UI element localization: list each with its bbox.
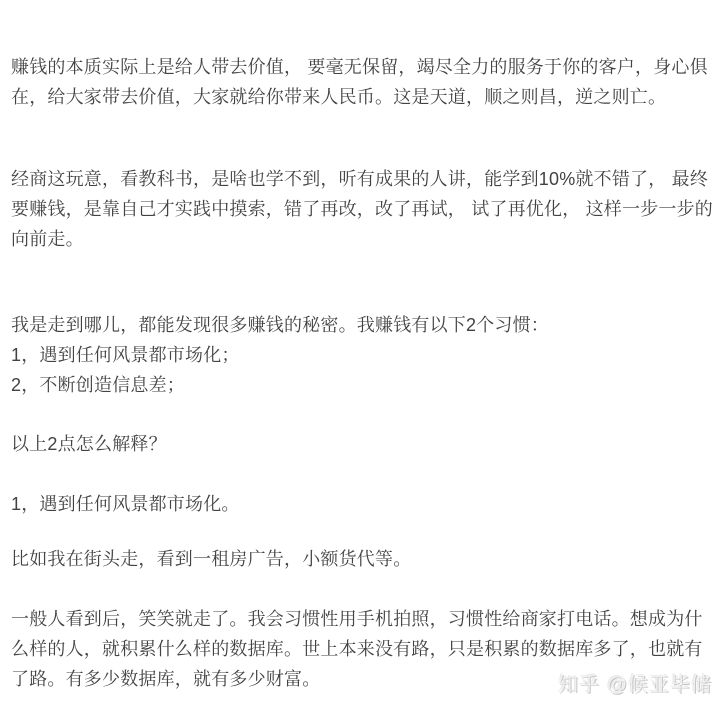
paragraph-6-example: 比如我在街头走，看到一租房广告，小额货代等。 [11,544,712,574]
paragraph-3-habits: 我是走到哪儿，都能发现很多赚钱的秘密。我赚钱有以下2个习惯： 1，遇到任何风景都… [11,310,712,400]
habit-list-item-2: 2，不断创造信息差； [11,370,712,400]
paragraph-line: 赚钱的本质实际上是给人带去价值， 要毫无保留，竭尽全力的服务于你的客户，身心俱 [11,52,712,82]
paragraph-line: 一般人看到后，笑笑就走了。我会习惯性用手机拍照，习惯性给商家打电话。想成为什 [11,604,712,634]
paragraph-line: 么样的人，就积累什么样的数据库。世上本来没有路，只是积累的数据库多了，也就有 [11,634,712,664]
paragraph-line: 向前走。 [11,224,712,254]
paragraph-line: 比如我在街头走，看到一租房广告，小额货代等。 [11,544,712,574]
paragraph-line: 要赚钱，是靠自己才实践中摸索，错了再改，改了再试， 试了再优化， 这样一步一步的 [11,194,712,224]
paragraph-line: 1，遇到任何风景都市场化。 [11,489,712,519]
zhihu-watermark: 知乎 @候亚毕储 [558,673,712,697]
paragraph-line: 我是走到哪儿，都能发现很多赚钱的秘密。我赚钱有以下2个习惯： [11,310,712,340]
paragraph-2: 经商这玩意，看教科书，是啥也学不到，听有成果的人讲，能学到10%就不错了， 最终… [11,164,712,254]
paragraph-line: 以上2点怎么解释？ [11,429,712,459]
paragraph-1: 赚钱的本质实际上是给人带去价值， 要毫无保留，竭尽全力的服务于你的客户，身心俱 … [11,52,712,112]
paragraph-line: 在，给大家带去价值，大家就给你带来人民币。这是天道，顺之则昌，逆之则亡。 [11,82,712,112]
paragraph-4-question: 以上2点怎么解释？ [11,429,712,459]
habit-list-item-1: 1，遇到任何风景都市场化； [11,340,712,370]
article-page: 赚钱的本质实际上是给人带去价值， 要毫无保留，竭尽全力的服务于你的客户，身心俱 … [0,0,720,717]
paragraph-5-point-1: 1，遇到任何风景都市场化。 [11,489,712,519]
paragraph-line: 经商这玩意，看教科书，是啥也学不到，听有成果的人讲，能学到10%就不错了， 最终 [11,164,712,194]
